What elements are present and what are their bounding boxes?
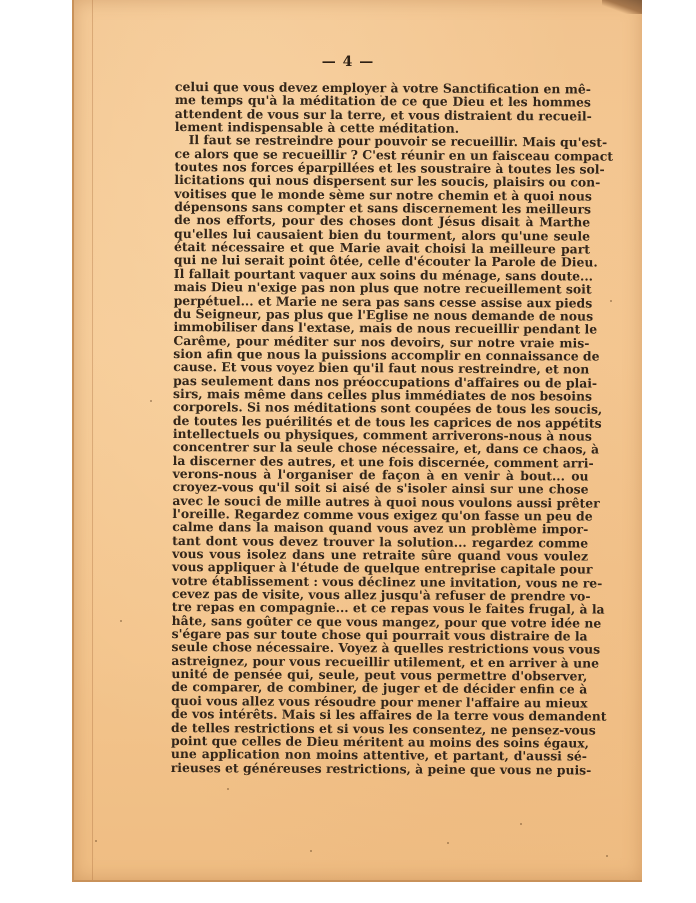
paragraph: celui que vous devez employer à votre Sa… <box>175 80 591 136</box>
paper-speck <box>447 842 449 844</box>
paper-speck <box>380 95 382 97</box>
paper-speck <box>95 840 97 842</box>
text-line: rieuses et généreuses restrictions, à pe… <box>171 761 587 777</box>
page-fold-line <box>92 0 93 880</box>
paper-speck <box>150 400 152 402</box>
page-number: — 4 — <box>0 54 696 70</box>
paragraph: Il faut se restreindre pour pouvoir se r… <box>171 133 591 776</box>
body-text: celui que vous devez employer à votre Sa… <box>171 80 591 776</box>
paper-speck <box>606 855 608 857</box>
paper-speck <box>610 300 612 302</box>
paper-speck <box>310 850 312 852</box>
paper-speck <box>520 823 522 825</box>
paper-speck <box>227 788 229 790</box>
torn-corner <box>602 0 642 14</box>
paper-speck <box>120 620 122 622</box>
